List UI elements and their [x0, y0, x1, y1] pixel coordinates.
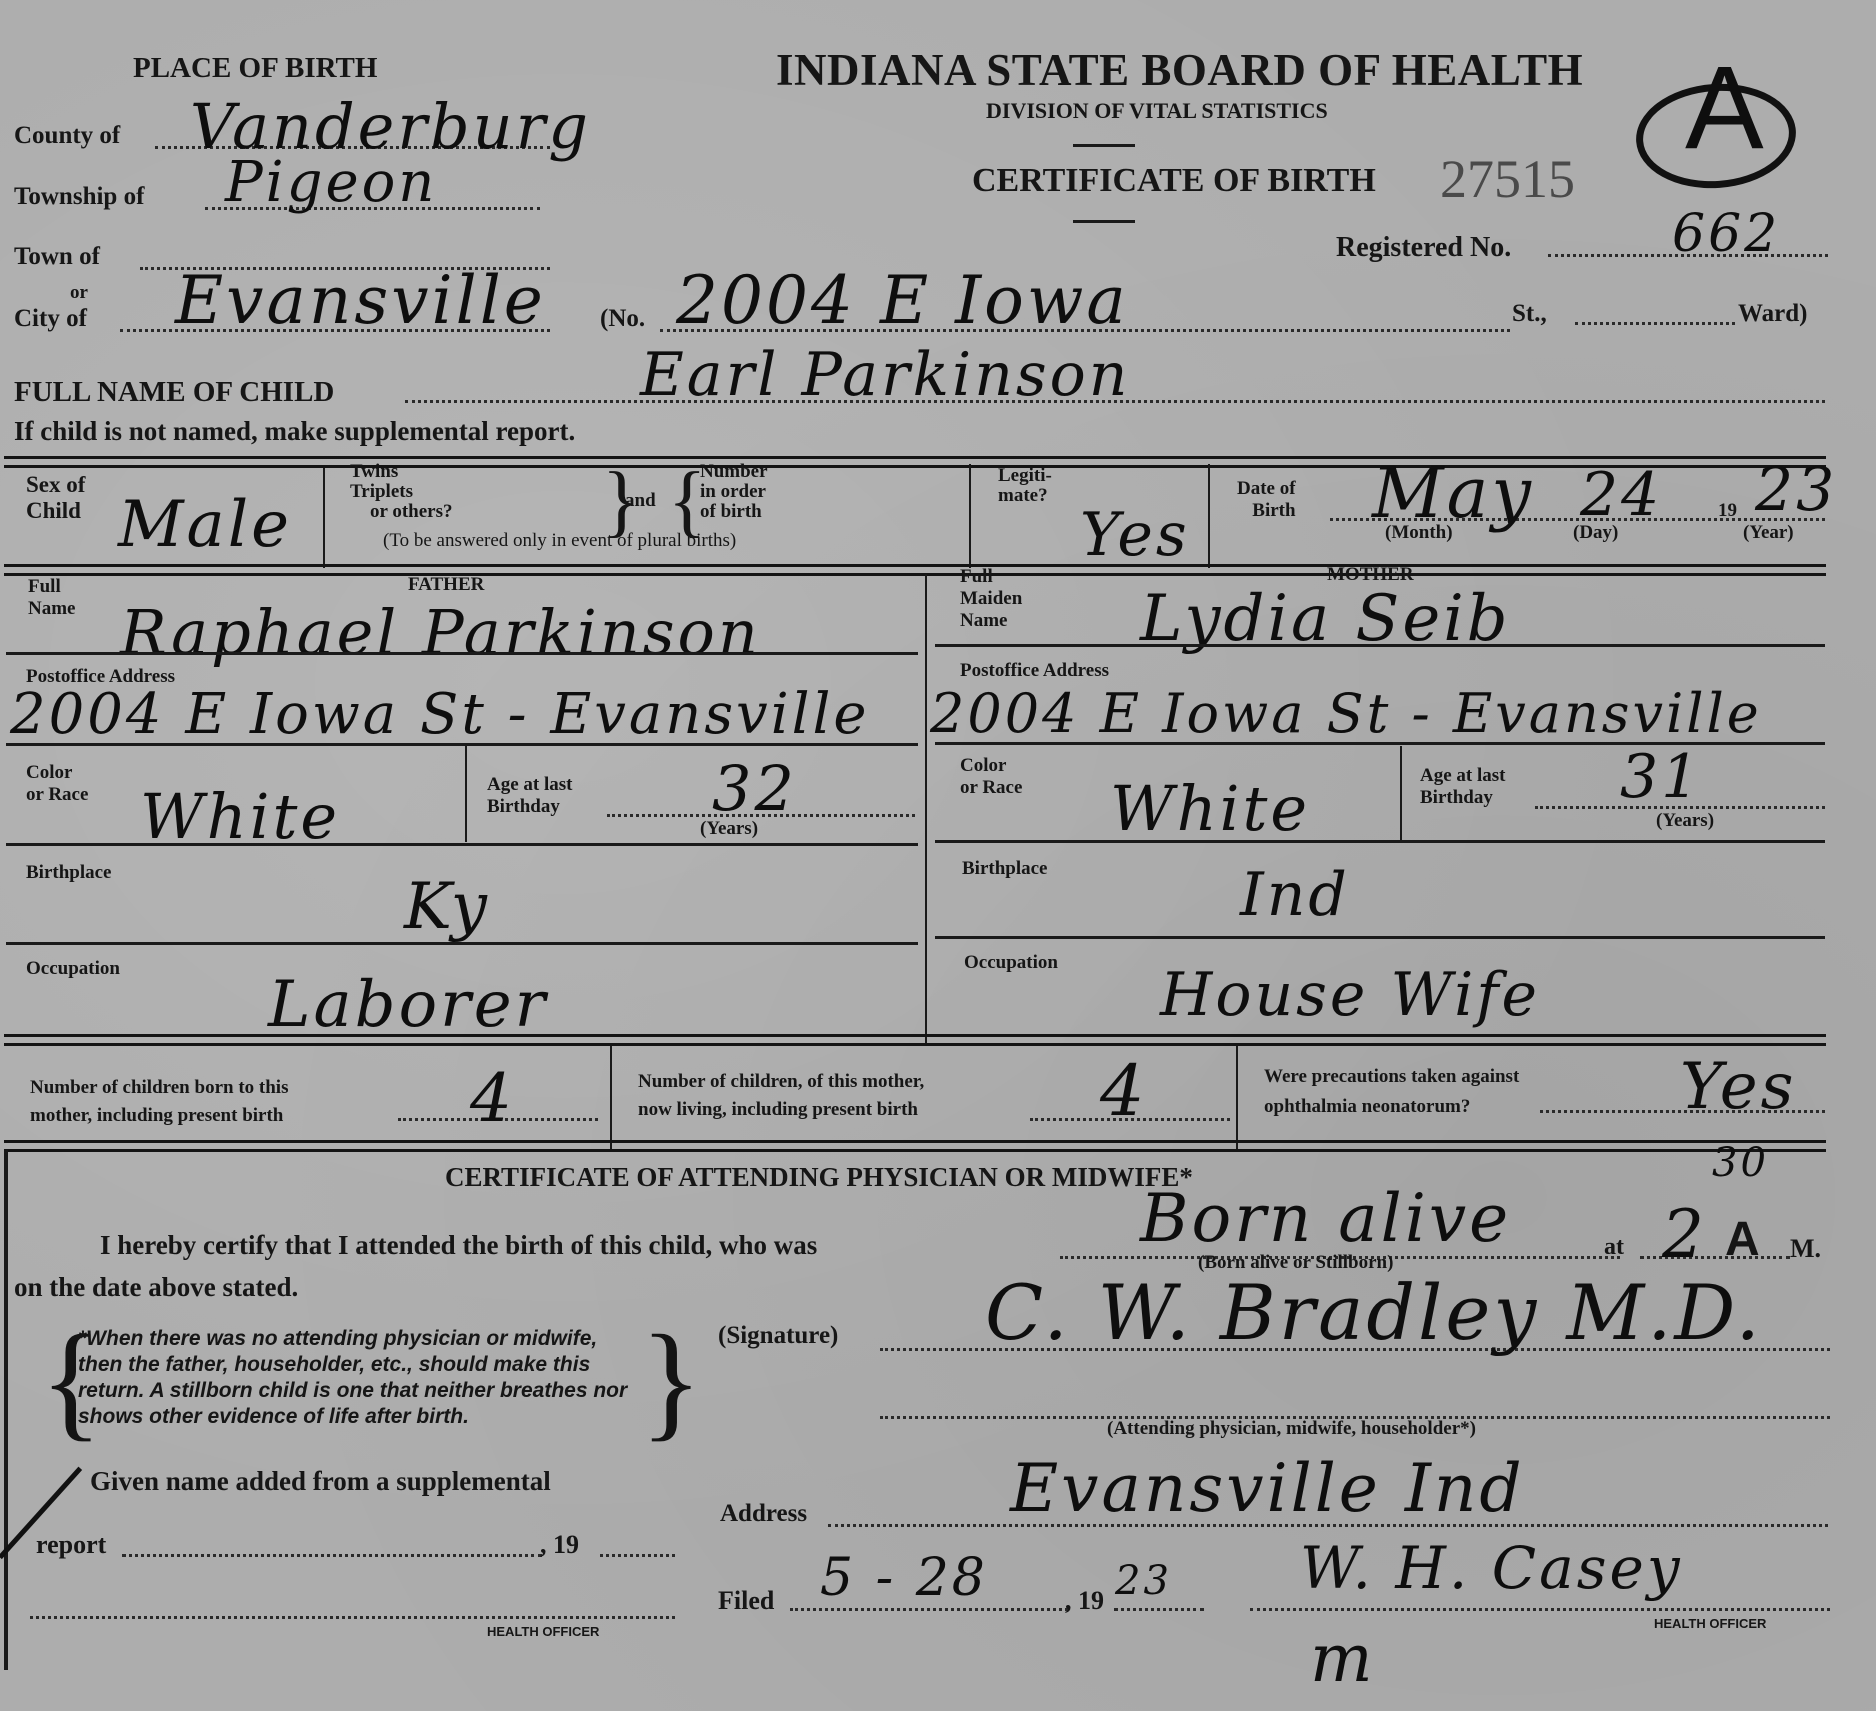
mother-color-value: White [1110, 772, 1310, 845]
children-living-label: Number of children, of this mother,now l… [638, 1068, 924, 1124]
ward-label: Ward) [1738, 300, 1807, 328]
st-label: St., [1512, 300, 1547, 328]
father-name-label: FullName [28, 576, 75, 620]
place-of-birth-title: PLACE OF BIRTH [133, 52, 377, 85]
sex-value: Male [118, 488, 292, 562]
full-name-label: FULL NAME OF CHILD [14, 376, 334, 409]
or-label: or [70, 282, 88, 304]
mother-address-label: Postoffice Address [960, 660, 1109, 682]
precautions-label: Were precautions taken againstophthalmia… [1264, 1062, 1519, 1122]
city-value: Evansville [175, 262, 546, 339]
physician-certificate-title: CERTIFICATE OF ATTENDING PHYSICIAN OR MI… [445, 1162, 1193, 1193]
father-years-caption: (Years) [700, 818, 758, 840]
certify-text: I hereby certify that I attended the bir… [100, 1230, 817, 1261]
supplemental-officer-caption: HEALTH OFFICER [487, 1624, 599, 1639]
street-value: 2004 E Iowa [676, 262, 1129, 339]
filed-year: 23 [1115, 1558, 1172, 1604]
mother-occupation-label: Occupation [964, 952, 1058, 974]
father-color-label: Coloror Race [26, 762, 88, 806]
dob-year: 23 [1755, 455, 1837, 525]
mother-color-label: Coloror Race [960, 755, 1022, 799]
unnamed-note: If child is not named, make supplemental… [14, 416, 575, 447]
mother-age-value: 31 [1620, 742, 1702, 812]
city-label: City of [14, 305, 87, 333]
and-label: and [625, 490, 656, 512]
born-status-value: Born alive [1140, 1180, 1511, 1257]
physician-address-value: Evansville Ind [1010, 1450, 1525, 1527]
township-label: Township of [14, 183, 144, 211]
footnote: *When there was no attending physician o… [78, 1326, 638, 1430]
father-birthplace-label: Birthplace [26, 862, 112, 884]
father-age-label: Age at lastBirthday [487, 774, 572, 818]
division-title: DIVISION OF VITAL STATISTICS [986, 98, 1328, 124]
mother-years-caption: (Years) [1656, 810, 1714, 832]
month-caption: (Month) [1385, 522, 1453, 544]
father-birthplace-value: Ky [404, 870, 490, 944]
board-title: INDIANA STATE BOARD OF HEALTH [776, 44, 1583, 96]
father-address-value: 2004 E Iowa St - Evansville [10, 682, 870, 747]
legitimate-label: Legiti-mate? [998, 466, 1052, 506]
father-occupation-value: Laborer [268, 968, 548, 1042]
father-age-value: 32 [712, 752, 797, 825]
mother-address-value: 2004 E Iowa St - Evansville [930, 682, 1762, 745]
filed-label: Filed [718, 1586, 774, 1616]
divider [1073, 220, 1135, 223]
certificate-number-stamp: 27515 [1440, 148, 1575, 210]
plural-note: (To be answered only in event of plural … [383, 530, 736, 552]
mother-birthplace-label: Birthplace [962, 858, 1048, 880]
year-caption: (Year) [1743, 522, 1794, 544]
supplemental-text: Given name added from a supplemental [90, 1466, 551, 1497]
dob-century: 19 [1718, 500, 1737, 522]
health-officer-signature: W. H. Casey [1300, 1534, 1683, 1602]
health-officer-caption: HEALTH OFFICER [1654, 1616, 1766, 1631]
father-name-value: Raphael Parkinson [120, 596, 761, 669]
no-label: (No. [600, 305, 645, 333]
dob-day: 24 [1580, 460, 1662, 530]
dob-label: Date ofBirth [1237, 478, 1296, 522]
at-label: at [1604, 1234, 1624, 1261]
mother-age-label: Age at lastBirthday [1420, 765, 1505, 809]
twins-label: TwinsTripletsor others? [350, 462, 453, 522]
circled-letter: A [1685, 40, 1767, 176]
mother-occupation-value: House Wife [1160, 960, 1540, 1030]
time-meridiem: A [1725, 1212, 1760, 1267]
registered-no-label: Registered No. [1336, 232, 1511, 264]
date-stated-text: on the date above stated. [14, 1272, 298, 1303]
registered-no-value: 662 [1672, 204, 1780, 264]
filed-year-prefix: , 19 [1065, 1586, 1104, 1616]
child-name-value: Earl Parkinson [640, 340, 1130, 410]
supplemental-year-prefix: , 19 [540, 1530, 579, 1560]
precautions-value: Yes [1680, 1050, 1796, 1124]
county-label: County of [14, 122, 120, 150]
signature-value: C. W. Bradley M.D. [985, 1268, 1763, 1357]
children-born-value: 4 [470, 1060, 515, 1137]
time-hour: 2 [1662, 1196, 1707, 1273]
children-living-value: 4 [1100, 1050, 1148, 1132]
legitimate-value: Yes [1080, 500, 1190, 570]
township-value: Pigeon [225, 150, 437, 215]
address-label: Address [720, 1500, 807, 1528]
town-label: Town of [14, 243, 100, 271]
sex-label: Sex ofChild [26, 472, 85, 524]
number-in-order-label: Numberin orderof birth [700, 462, 768, 522]
day-caption: (Day) [1573, 522, 1618, 544]
mother-name-label: FullMaidenName [960, 566, 1022, 632]
filed-date: 5 - 28 [820, 1548, 988, 1608]
divider [1073, 144, 1135, 147]
time-minutes: 30 [1712, 1140, 1769, 1186]
supplemental-report-label: report [36, 1530, 106, 1560]
certificate-title: CERTIFICATE OF BIRTH [972, 162, 1376, 200]
signature-label: (Signature) [718, 1322, 838, 1350]
birth-certificate: PLACE OF BIRTH INDIANA STATE BOARD OF HE… [0, 0, 1876, 1711]
children-born-label: Number of children born to thismother, i… [30, 1074, 288, 1130]
father-occupation-label: Occupation [26, 958, 120, 980]
mother-birthplace-value: Ind [1240, 860, 1350, 930]
initial-mark: m [1310, 1620, 1376, 1697]
father-section-title: FATHER [408, 574, 484, 596]
m-label: M. [1790, 1234, 1821, 1264]
signature-caption: (Attending physician, midwife, household… [1107, 1418, 1476, 1440]
